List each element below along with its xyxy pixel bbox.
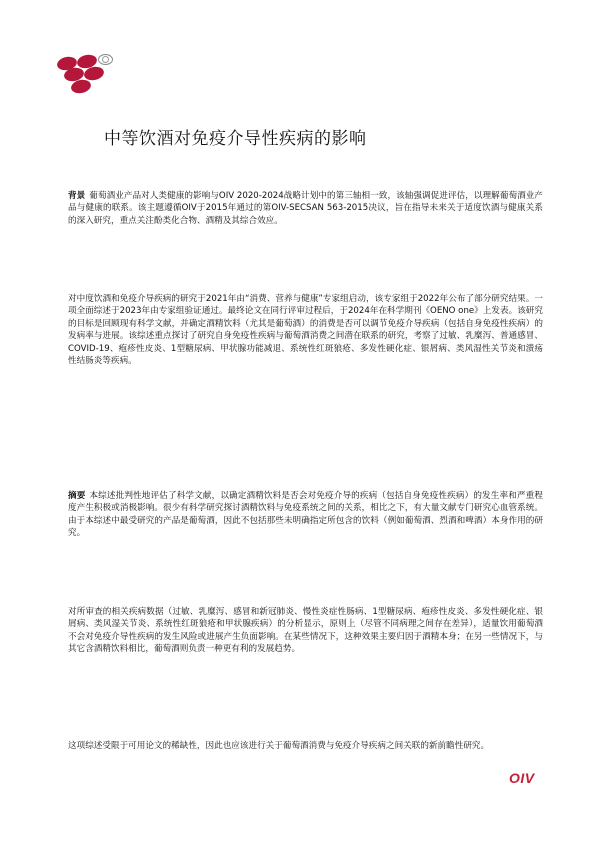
paragraph-text: 本综述批判性地评估了科学文献，以确定酒精饮料是否会对免疫介导的疾病（包括自身免疫… [68,491,543,538]
paragraph-lead-label: 背景 [68,191,85,201]
page-title: 中等饮酒对免疫介导性疾病的影响 [104,124,367,149]
paragraph-lead-label: 摘要 [68,491,85,501]
oiv-footer-logo: OIV [509,770,535,786]
abstract-paragraph: 摘要本综述批判性地评估了科学文献，以确定酒精饮料是否会对免疫介导的疾病（包括自身… [68,490,543,540]
paragraph-text: 对中度饮酒和免疫介导疾病的研究于2021年由“消费、营养与健康”专家组启动，该专… [68,294,543,366]
limitations-paragraph: 这项综述受限于可用论文的稀缺性，因此也应该进行关于葡萄酒消费与免疫介导疾病之间关… [68,740,543,752]
paragraph-text: 葡萄酒业产品对人类健康的影响与OIV 2020-2024战略计划中的第三轴相一致… [68,191,543,226]
globe-icon [98,54,113,65]
findings-paragraph: 对所审查的相关疾病数据（过敏、乳糜泻、感冒和新冠肺炎、慢性炎症性肠病、1型糖尿病… [68,606,543,656]
background-paragraph: 背景葡萄酒业产品对人类健康的影响与OIV 2020-2024战略计划中的第三轴相… [68,190,543,227]
oiv-logo [55,50,135,92]
paragraph-text: 对所审查的相关疾病数据（过敏、乳糜泻、感冒和新冠肺炎、慢性炎症性肠病、1型糖尿病… [68,607,543,654]
history-paragraph: 对中度饮酒和免疫介导疾病的研究于2021年由“消费、营养与健康”专家组启动，该专… [68,293,543,367]
paragraph-text: 这项综述受限于可用论文的稀缺性，因此也应该进行关于葡萄酒消费与免疫介导疾病之间关… [68,741,489,751]
